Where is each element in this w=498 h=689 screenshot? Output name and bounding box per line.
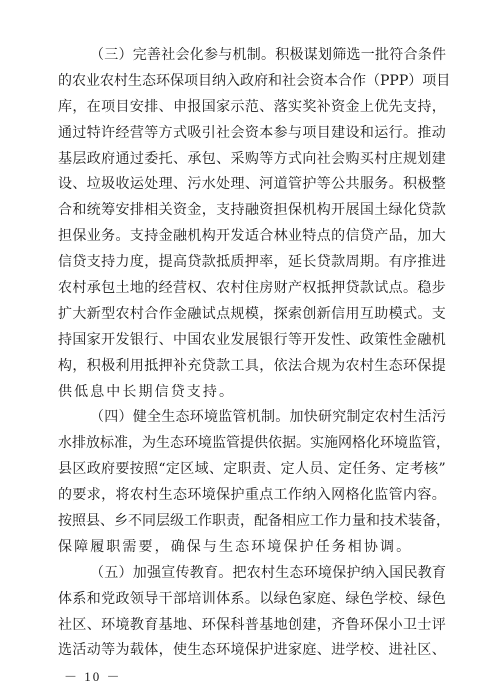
glyph: 作 [288, 483, 302, 509]
glyph: 。 [403, 121, 417, 147]
glyph: 生 [404, 405, 418, 431]
glyph: 助 [374, 302, 388, 328]
glyph: 金 [346, 95, 360, 121]
text-line: 持国家开发银行、中国农业发展银行等开发性、政策性金融机 [58, 328, 446, 354]
glyph: 特 [87, 121, 101, 147]
glyph: 合 [404, 43, 418, 69]
glyph: 方 [274, 147, 288, 173]
glyph: 生 [187, 638, 201, 664]
glyph: 处 [144, 172, 158, 198]
glyph: ） [408, 69, 422, 95]
glyph: 保 [216, 483, 230, 509]
glyph: 积 [275, 43, 289, 69]
glyph: 善 [147, 43, 161, 69]
glyph: 入 [226, 69, 240, 95]
glyph: 家 [302, 587, 316, 613]
glyph: 报 [187, 95, 201, 121]
glyph: 建 [432, 147, 446, 173]
glyph: 教 [130, 613, 144, 639]
glyph: 保 [332, 561, 346, 587]
glyph: 目 [317, 121, 331, 147]
glyph: 安 [116, 198, 130, 224]
glyph: 业 [86, 69, 100, 95]
glyph: 定 [281, 457, 295, 483]
glyph: 管 [389, 483, 403, 509]
glyph: 保 [417, 354, 431, 380]
glyph: 层 [72, 147, 86, 173]
glyph: 党 [101, 587, 115, 613]
glyph: 持 [101, 250, 115, 276]
glyph: 、 [159, 328, 173, 354]
glyph: 保 [288, 198, 302, 224]
glyph: 进 [432, 250, 446, 276]
glyph: 、 [159, 95, 173, 121]
glyph: 监 [212, 431, 226, 457]
glyph: 责 [226, 509, 240, 535]
glyph: ， [72, 354, 86, 380]
glyph: 财 [274, 276, 288, 302]
glyph: ， [159, 638, 173, 664]
glyph: 展 [245, 328, 259, 354]
glyph: 环 [187, 483, 201, 509]
glyph: 生 [128, 69, 142, 95]
glyph: 具 [245, 354, 259, 380]
glyph: 项 [101, 95, 115, 121]
text-line: 的农业农村生态环保项目纳入政府和社会资本合作（PPP）项目 [58, 69, 446, 95]
glyph: 业 [216, 328, 230, 354]
glyph: 会 [331, 147, 345, 173]
glyph: 态 [389, 354, 403, 380]
glyph: 为 [142, 431, 156, 457]
glyph: 款 [331, 250, 345, 276]
glyph: 支 [130, 224, 144, 250]
glyph: 选 [347, 43, 361, 69]
glyph: 包 [202, 147, 216, 173]
glyph: 担 [58, 224, 72, 250]
glyph: 、 [346, 328, 360, 354]
glyph: 先 [389, 95, 403, 121]
glyph: 款 [216, 354, 230, 380]
glyph: 规 [403, 147, 417, 173]
glyph: 本 [259, 121, 273, 147]
glyph: 。 [374, 250, 388, 276]
glyph: 持 [144, 224, 158, 250]
glyph: 行 [274, 328, 288, 354]
glyph: 环 [403, 354, 417, 380]
glyph: 试 [374, 276, 388, 302]
glyph: 化 [403, 198, 417, 224]
glyph: 家 [288, 638, 302, 664]
glyph: ， [259, 302, 273, 328]
glyph: 护 [302, 172, 316, 198]
glyph: 补 [173, 354, 187, 380]
glyph: 发 [231, 328, 245, 354]
glyph: 产 [288, 276, 302, 302]
glyph: 保 [245, 638, 259, 664]
glyph: 的 [58, 69, 72, 95]
glyph: 等 [259, 147, 273, 173]
glyph: 传 [176, 561, 190, 587]
glyph: 区 [72, 457, 86, 483]
glyph: 农 [216, 276, 230, 302]
glyph: 谋 [304, 43, 318, 69]
text-line: 信贷支持力度，提高贷款抵质押率，延长贷款周期。有序推进 [58, 250, 446, 276]
glyph: 加 [290, 405, 304, 431]
glyph: 会 [176, 43, 190, 69]
glyph: 融 [187, 302, 201, 328]
glyph: 、 [259, 95, 273, 121]
glyph: 、 [187, 613, 201, 639]
glyph: 创 [302, 302, 316, 328]
glyph: 入 [317, 483, 331, 509]
glyph: 机 [247, 405, 261, 431]
glyph: 会 [296, 69, 310, 95]
glyph: 纳 [361, 561, 375, 587]
glyph: 探 [274, 302, 288, 328]
glyph: 目 [116, 95, 130, 121]
glyph: 地 [130, 276, 144, 302]
glyph: 保 [170, 69, 184, 95]
glyph: 筛 [332, 43, 346, 69]
text-line: （四）健全生态环境监管机制。加快研究制定农村生活污 [58, 405, 446, 431]
text-line: 供低息中长期信贷支持。 [58, 380, 446, 406]
glyph: 点 [259, 483, 273, 509]
glyph: 库 [58, 95, 72, 121]
glyph: 制 [261, 405, 275, 431]
glyph: 体 [144, 638, 158, 664]
glyph: 纳 [212, 69, 226, 95]
glyph: 经 [159, 276, 173, 302]
glyph: 款 [432, 198, 446, 224]
glyph: 绿 [417, 587, 431, 613]
glyph: 项 [184, 69, 198, 95]
glyph: 基 [58, 147, 72, 173]
glyph: 政 [116, 587, 130, 613]
glyph: ， [101, 483, 115, 509]
glyph: 营 [130, 121, 144, 147]
glyph: 育 [432, 561, 446, 587]
glyph: 水 [58, 431, 72, 457]
glyph: 环 [380, 431, 394, 457]
glyph: 府 [101, 457, 115, 483]
glyph: 型 [101, 302, 115, 328]
glyph: 务 [374, 172, 388, 198]
glyph: 合 [58, 198, 72, 224]
glyph: （ [90, 43, 104, 69]
glyph: 照 [144, 457, 158, 483]
glyph: 圾 [101, 172, 115, 198]
glyph: 金 [159, 224, 173, 250]
glyph: 式 [403, 302, 417, 328]
glyph: 护 [347, 561, 361, 587]
glyph: 、 [209, 457, 223, 483]
glyph: （ [90, 405, 104, 431]
glyph: 充 [187, 354, 201, 380]
text-line: （三）完善社会化参与机制。积极谋划筛选一批符合条件 [58, 43, 446, 69]
glyph: 、 [403, 587, 417, 613]
glyph: 推 [417, 121, 431, 147]
glyph: 、 [317, 638, 331, 664]
glyph: 基 [259, 613, 273, 639]
glyph: 进 [274, 638, 288, 664]
glyph: 育 [144, 613, 158, 639]
glyph: 区 [180, 457, 194, 483]
glyph: 村 [360, 354, 374, 380]
glyph: 农 [100, 69, 114, 95]
glyph: 支 [216, 198, 230, 224]
glyph: 处 [216, 172, 230, 198]
glyph: 人 [295, 457, 309, 483]
glyph: 构 [202, 224, 216, 250]
glyph: ， [436, 509, 450, 535]
glyph: 合 [338, 69, 352, 95]
glyph: 长 [302, 250, 316, 276]
glyph: 定 [338, 457, 352, 483]
glyph: 金 [187, 198, 201, 224]
glyph: 农 [130, 483, 144, 509]
glyph: 活 [418, 405, 432, 431]
glyph: 贷 [202, 354, 216, 380]
glyph: 载 [130, 638, 144, 664]
glyph: 落 [274, 95, 288, 121]
glyph: 与 [288, 121, 302, 147]
glyph: 乡 [114, 509, 128, 535]
glyph: 运 [130, 172, 144, 198]
glyph: 发 [231, 224, 245, 250]
glyph: 、 [266, 457, 280, 483]
glyph: 社 [216, 121, 230, 147]
glyph: 和 [72, 198, 86, 224]
glyph: 向 [302, 147, 316, 173]
glyph: 社 [317, 147, 331, 173]
glyph: 构 [317, 198, 331, 224]
text-line: 体系和党政领导干部培训体系。以绿色家庭、绿色学校、绿色 [58, 587, 446, 613]
glyph: 机 [187, 224, 201, 250]
glyph: 目 [198, 69, 212, 95]
glyph: ） [119, 405, 133, 431]
glyph: 保 [374, 613, 388, 639]
glyph: 目 [436, 69, 450, 95]
glyph: 等 [101, 638, 115, 664]
glyph: 持 [231, 198, 245, 224]
glyph: 互 [360, 302, 374, 328]
glyph: 网 [331, 483, 345, 509]
glyph: 态 [173, 483, 187, 509]
glyph: 污 [187, 172, 201, 198]
glyph: 态 [170, 431, 184, 457]
glyph: “ [158, 457, 165, 483]
glyph: 培 [187, 587, 201, 613]
glyph: 域 [195, 457, 209, 483]
glyph: 任 [352, 457, 366, 483]
glyph: 格 [346, 483, 360, 509]
glyph: 作 [324, 509, 338, 535]
glyph: 格 [352, 431, 366, 457]
glyph: 范 [245, 95, 259, 121]
glyph: 庭 [317, 587, 331, 613]
text-line: 的要求，将农村生态环境保护重点工作纳入网格化监管内容。 [58, 483, 446, 509]
glyph: ， [403, 224, 417, 250]
glyph: 教 [418, 561, 432, 587]
glyph: 普 [245, 613, 259, 639]
glyph: 定 [361, 405, 375, 431]
glyph: 支 [87, 250, 101, 276]
glyph: 态 [290, 561, 304, 587]
glyph: 态 [176, 405, 190, 431]
glyph: 采 [231, 147, 245, 173]
glyph: 使 [173, 638, 187, 664]
glyph: 据 [282, 431, 296, 457]
glyph: 县 [58, 457, 72, 483]
text-line: 基层政府通过委托、承包、采购等方式向社会购买村庄规划建 [58, 147, 446, 173]
glyph: 奖 [302, 95, 316, 121]
glyph: 通 [116, 147, 130, 173]
text-line: 按照县、乡不同层级工作职责，配备相应工作力量和技术装备， [58, 509, 446, 535]
glyph: 抵 [317, 276, 331, 302]
glyph: 开 [331, 198, 345, 224]
glyph: 农 [116, 302, 130, 328]
glyph: 延 [288, 250, 302, 276]
glyph: 育 [204, 561, 218, 587]
glyph: 用 [346, 302, 360, 328]
glyph: 索 [288, 302, 302, 328]
glyph: 依 [274, 354, 288, 380]
glyph: 、 [87, 613, 101, 639]
glyph: 机 [432, 328, 446, 354]
glyph: 开 [101, 328, 115, 354]
glyph: 标 [100, 431, 114, 457]
glyph: 相 [144, 198, 158, 224]
glyph: 贷 [346, 276, 360, 302]
glyph: 机 [302, 198, 316, 224]
glyph: 生 [374, 354, 388, 380]
glyph: 构 [58, 354, 72, 380]
glyph: 级 [170, 509, 184, 535]
glyph: 土 [116, 276, 130, 302]
glyph: 作 [198, 509, 212, 535]
glyph: 府 [101, 147, 115, 173]
glyph: 绿 [346, 587, 360, 613]
glyph: 信 [331, 302, 345, 328]
glyph: 境 [318, 561, 332, 587]
glyph: 支 [432, 302, 446, 328]
glyph: 境 [231, 638, 245, 664]
glyph: 鲁 [346, 613, 360, 639]
glyph: 境 [202, 483, 216, 509]
glyph: 地 [274, 613, 288, 639]
glyph: 重 [245, 483, 259, 509]
glyph: 扩 [58, 302, 72, 328]
glyph: 力 [338, 509, 352, 535]
glyph: 要 [115, 457, 129, 483]
glyph: 依 [268, 431, 282, 457]
text-line: 农村承包土地的经营权、农村住房财产权抵押贷款试点。稳步 [58, 276, 446, 302]
glyph: 府 [254, 69, 268, 95]
glyph: 作 [159, 302, 173, 328]
glyph: 同 [142, 509, 156, 535]
glyph: 、 [173, 147, 187, 173]
glyph: 补 [317, 95, 331, 121]
glyph: 农 [72, 69, 86, 95]
glyph: 士 [417, 613, 431, 639]
text-line: 选活动等为载体，使生态环境保护进家庭、进学校、进社区、 [58, 638, 446, 664]
glyph: 与 [218, 43, 232, 69]
glyph: 申 [173, 95, 187, 121]
glyph: 教 [190, 561, 204, 587]
glyph: 制 [247, 43, 261, 69]
glyph: 工 [274, 483, 288, 509]
glyph: 公 [331, 172, 345, 198]
glyph: 定 [166, 457, 180, 483]
glyph: 银 [259, 328, 273, 354]
glyph: 、 [202, 276, 216, 302]
glyph: 营 [173, 276, 187, 302]
glyph: 备 [422, 509, 436, 535]
glyph: 政 [240, 69, 254, 95]
glyph: 点 [317, 224, 331, 250]
text-line: 库，在项目安排、申报国家示范、落实奖补资金上优先支持， [58, 95, 446, 121]
glyph: 的 [58, 483, 72, 509]
glyph: 点 [216, 302, 230, 328]
glyph: 政 [87, 147, 101, 173]
glyph: 贷 [317, 250, 331, 276]
glyph: 资 [245, 121, 259, 147]
glyph: 境 [394, 431, 408, 457]
glyph: 建 [331, 121, 345, 147]
glyph: 抵 [216, 250, 230, 276]
glyph: 施 [324, 431, 338, 457]
glyph: 本 [324, 69, 338, 95]
glyph: 监 [374, 483, 388, 509]
glyph: 考 [410, 457, 424, 483]
glyph: 家 [216, 95, 230, 121]
glyph: 式 [288, 147, 302, 173]
glyph: 术 [394, 509, 408, 535]
glyph: 融 [173, 224, 187, 250]
text-line: 通过特许经营等方式吸引社会资本参与项目建设和运行。推动 [58, 121, 446, 147]
glyph: 环 [101, 613, 115, 639]
glyph: 村 [114, 69, 128, 95]
glyph: 。 [261, 43, 275, 69]
glyph: 提 [240, 431, 254, 457]
glyph: 学 [374, 587, 388, 613]
glyph: 步 [432, 276, 446, 302]
glyph: 建 [302, 613, 316, 639]
glyph: 农 [346, 354, 360, 380]
glyph: 管 [422, 431, 436, 457]
glyph: 强 [147, 561, 161, 587]
glyph: 农 [247, 561, 261, 587]
glyph: 健 [133, 405, 147, 431]
glyph: 银 [130, 328, 144, 354]
glyph: 校 [389, 587, 403, 613]
glyph: 。 [116, 224, 130, 250]
glyph: 快 [304, 405, 318, 431]
glyph: 化 [190, 43, 204, 69]
glyph: 资 [331, 95, 345, 121]
glyph: 以 [259, 587, 273, 613]
glyph: 合 [302, 354, 316, 380]
text-line: 扩大新型农村合作金融试点规模，探索创新信用互助模式。支 [58, 302, 446, 328]
glyph: 法 [288, 354, 302, 380]
text-line: 担保业务。支持金融机构开发适合林业特点的信贷产品，加大 [58, 224, 446, 250]
glyph: 作 [352, 69, 366, 95]
glyph: 保 [216, 613, 230, 639]
glyph: ， [436, 431, 450, 457]
glyph: 量 [352, 509, 366, 535]
glyph: 提 [159, 250, 173, 276]
glyph: 上 [360, 95, 374, 121]
